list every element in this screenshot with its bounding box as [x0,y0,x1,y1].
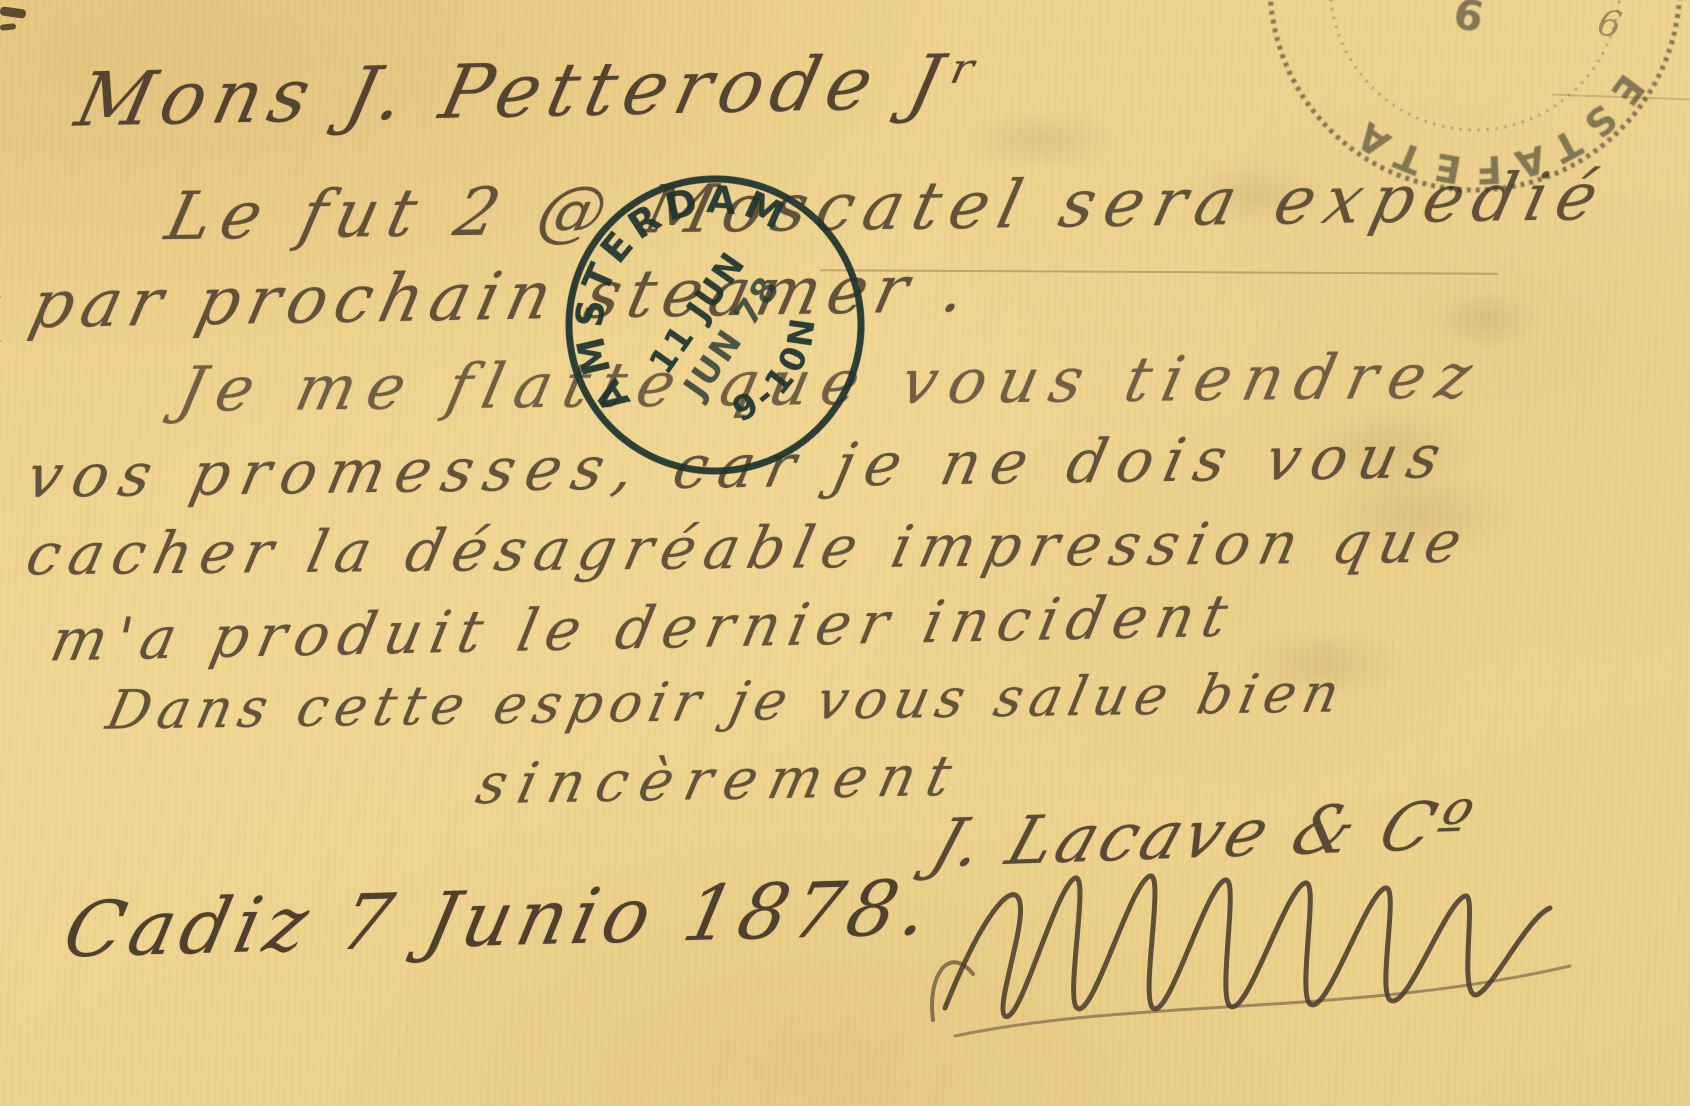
edge-ink-mark [0,6,26,19]
estafeta-postmark-stamp: ESTAFETA 9 JU [1235,0,1690,225]
addressee-line: Mons J. Petterode Jʳ [68,38,991,143]
signature-flourish [925,848,1585,1058]
postmark-inner-digit: 9 [1449,0,1488,41]
paper-smudge [960,110,1120,170]
postcard-scan: Mons J. Petterode Jʳ Le fut 2 @ Moscatel… [0,0,1690,1106]
letter-line: m'a produit le dernier incident [45,581,1242,674]
closing-line: sincèrement [471,744,970,818]
edge-ink-mark [0,288,22,350]
dateline: Cadiz 7 Junio 1878. [56,862,943,974]
letter-line: Dans cette espoir je vous salue bien [101,661,1352,741]
edge-ink-mark [0,23,16,31]
